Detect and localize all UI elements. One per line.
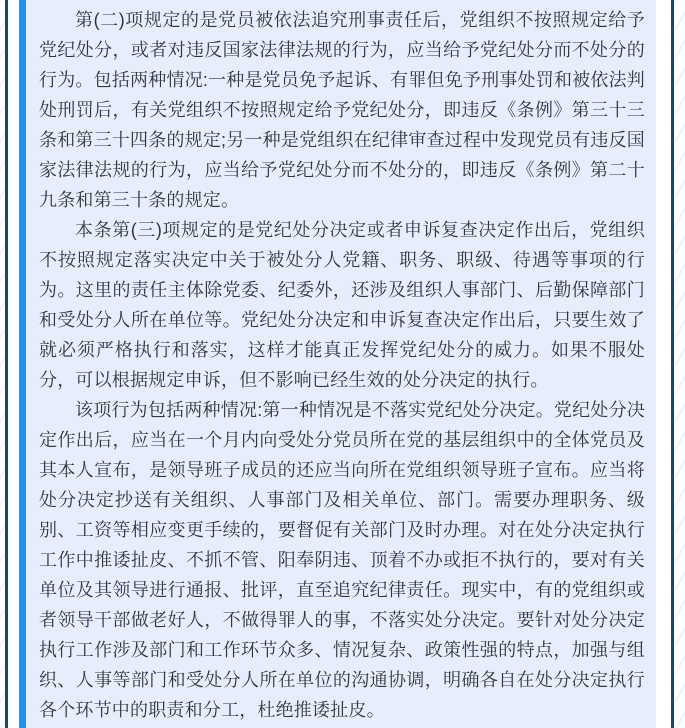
text-line: 该项行为包括两种情况:第一种情况是不落实党纪处分决定。党纪处分决 [39,395,645,425]
text-line: 条和第三十四条的规定;另一种是党组织在纪律审查过程中发现党员有违反国 [39,125,645,155]
text-line: 定作出后，应当在一个月内向受处分党员所在党的基层组织中的全体党员及 [39,425,645,455]
text-line: 家法律法规的行为，应当给予党纪处分而不处分的，即违反《条例》第二十 [39,155,645,185]
text-line: 单位及其领导进行通报、批评，直至追究纪律责任。现实中，有的党组织或 [39,575,645,605]
text-line: 党纪处分，或者对违反国家法律法规的行为，应当给予党纪处分而不处分的 [39,35,645,65]
text-line: 分，可以根据规定申诉，但不影响已经生效的处分决定的执行。 [39,365,645,395]
document-content-panel: 第(二)项规定的是党员被依法追究刑事责任后，党组织不按照规定给予党纪处分，或者对… [26,0,656,728]
text-line: 其本人宣布，是领导班子成员的还应当向所在党组织领导班子宣布。应当将 [39,455,645,485]
paragraph: 第(二)项规定的是党员被依法追究刑事责任后，党组织不按照规定给予党纪处分，或者对… [39,5,645,215]
text-line: 为。这里的责任主体除党委、纪委外，还涉及组织人事部门、后勤保障部门 [39,275,645,305]
right-margin-watermark-marks [675,0,685,728]
text-line: 不按照规定落实决定中关于被处分人党籍、职务、职级、待遇等事项的行 [39,245,645,275]
paragraph: 该项行为包括两种情况:第一种情况是不落实党纪处分决定。党纪处分决定作出后，应当在… [39,395,645,725]
text-line: 第(二)项规定的是党员被依法追究刑事责任后，党组织不按照规定给予 [39,5,645,35]
text-line: 就必须严格执行和落实，这样才能真正发挥党纪处分的威力。如果不服处 [39,335,645,365]
text-line: 者领导干部做老好人，不做得罪人的事，不落实处分决定。要针对处分决定 [39,605,645,635]
text-line: 执行工作涉及部门和工作环节众多、情况复杂、政策性强的特点，加强与组 [39,635,645,665]
text-line: 和受处分人所在单位等。党纪处分决定和申诉复查决定作出后，只要生效了 [39,305,645,335]
text-line: 织、人事等部门和受处分人所在单位的沟通协调，明确各自在处分决定执行 [39,665,645,695]
left-accent-bar [19,0,26,728]
text-line: 工作中推诿扯皮、不抓不管、阳奉阴违、顶着不办或拒不执行的，要对有关 [39,545,645,575]
right-frame-line [671,0,674,728]
left-frame-line [5,0,8,728]
paragraph: 本条第(三)项规定的是党纪处分决定或者申诉复查决定作出后，党组织不按照规定落实决… [39,215,645,395]
text-line: 各个环节中的职责和分工，杜绝推诿扯皮。 [39,695,645,725]
text-line: 处刑罚后，有关党组织不按照规定给予党纪处分，即违反《条例》第三十三 [39,95,645,125]
document-body: 第(二)项规定的是党员被依法追究刑事责任后，党组织不按照规定给予党纪处分，或者对… [39,5,645,725]
text-line: 处分决定抄送有关组织、人事部门及相关单位、部门。需要办理职务、级 [39,485,645,515]
text-line: 九条和第三十条的规定。 [39,185,645,215]
text-line: 本条第(三)项规定的是党纪处分决定或者申诉复查决定作出后，党组织 [39,215,645,245]
text-line: 行为。包括两种情况:一种是党员免予起诉、有罪但免予刑事处罚和被依法判 [39,65,645,95]
text-line: 别、工资等相应变更手续的，要督促有关部门及时办理。对在处分决定执行 [39,515,645,545]
